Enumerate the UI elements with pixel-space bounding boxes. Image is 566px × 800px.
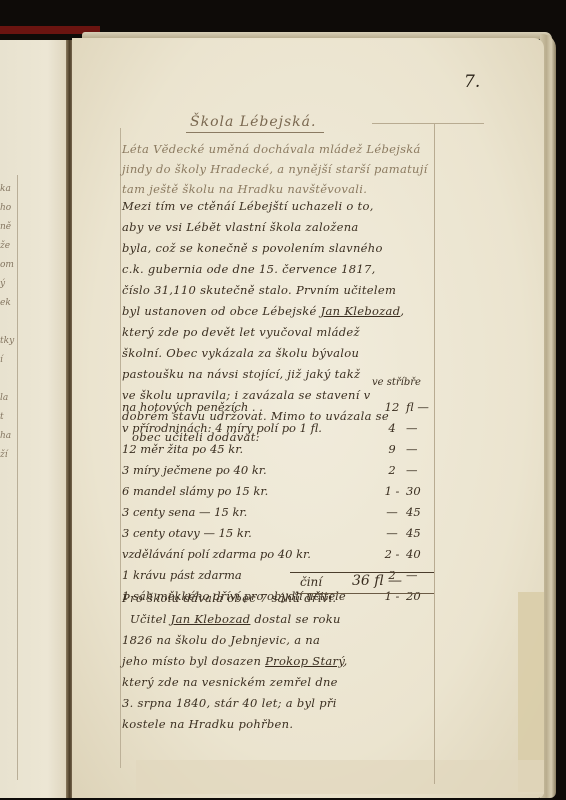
text-line: kostele na Hradku pohřben. bbox=[122, 714, 434, 735]
paper-repair-patch-bottom bbox=[136, 760, 544, 794]
row-item: 3 centy otavy — 15 kr. bbox=[122, 523, 252, 544]
text-line: byla, což se konečně s povolením slavnéh… bbox=[122, 238, 434, 259]
text-line: jeho místo byl dosazen Prokop Starý, bbox=[122, 651, 434, 672]
row-florins: 4 bbox=[380, 418, 404, 439]
text-line: 1826 na školu do Jebnjevic, a na bbox=[122, 630, 434, 651]
row-florins: — bbox=[380, 523, 404, 544]
ruled-margin-right bbox=[434, 124, 435, 784]
text-line: Pro školu dávala obec 7 sáhů dříví. bbox=[122, 588, 434, 609]
row-item: 12 měr žita po 45 kr. bbox=[122, 439, 243, 460]
underlined-name: Jan Klebozad bbox=[321, 304, 401, 318]
underlined-name: Prokop Starý bbox=[265, 654, 344, 668]
text-line: Léta Vĕdecké uměná dochávala mládež Lébe… bbox=[122, 139, 434, 159]
row-kreuzers: 40 bbox=[406, 544, 434, 565]
text-line: Učitel Jan Klebozad dostal se roku bbox=[122, 609, 434, 630]
text-line: školní. Obec vykázala za školu bývalou bbox=[122, 343, 434, 364]
text-line: jindy do školy Hradecké, a nynější starš… bbox=[122, 159, 434, 179]
row-florins: 2 bbox=[380, 460, 404, 481]
text-line: Mezi tím ve ctěnáí Lébejští uchazeli o t… bbox=[122, 196, 434, 217]
row-kreuzers: 45 bbox=[406, 502, 434, 523]
text-line: 3. srpna 1840, stár 40 let; a byl při bbox=[122, 693, 434, 714]
row-item: 6 mandel slámy po 15 kr. bbox=[122, 481, 268, 502]
total-value: 36 fl — bbox=[352, 573, 402, 589]
table-row: v přírodninách: 4 míry polí po 1 fl.4— bbox=[122, 418, 434, 439]
row-kreuzers: — bbox=[406, 460, 434, 481]
text-line: který zde po devět let vyučoval mládež bbox=[122, 322, 434, 343]
table-row: 3 centy otavy — 15 kr.—45 bbox=[122, 523, 434, 544]
row-florins: 9 bbox=[380, 439, 404, 460]
left-page-margin-line bbox=[17, 175, 18, 780]
table-row: 6 mandel slámy po 15 kr.1 -30 bbox=[122, 481, 434, 502]
faded-intro-paragraph: Léta Vĕdecké uměná dochávala mládež Lébe… bbox=[122, 139, 434, 199]
row-item: vzdělávání polí zdarma po 40 kr. bbox=[122, 544, 311, 565]
table-row: 12 měr žita po 45 kr.9— bbox=[122, 439, 434, 460]
left-page: ka ho ně že om ý ek tky — í la t ha ží bbox=[0, 40, 68, 798]
row-kreuzers: 30 bbox=[406, 481, 434, 502]
text-line: číslo 31,110 skutečně stalo. Prvním učit… bbox=[122, 280, 434, 301]
row-item: 3 centy sena — 15 kr. bbox=[122, 502, 247, 523]
title-underline bbox=[186, 132, 324, 133]
row-item: 1 krávu pást zdarma bbox=[122, 565, 242, 586]
text-line: aby ve vsi Lébĕt vlastní škola založena bbox=[122, 217, 434, 238]
table-row: na hotových penězích . .12fl — bbox=[122, 397, 434, 418]
row-florins: 1 - bbox=[380, 481, 404, 502]
ruled-margin-top bbox=[372, 123, 484, 124]
row-kreuzers: 45 bbox=[406, 523, 434, 544]
ruled-margin-left bbox=[120, 128, 121, 768]
left-page-text-fragments: ka ho ně že om ý ek tky — í la t ha ží bbox=[0, 180, 16, 465]
row-florins: 12 bbox=[380, 397, 404, 418]
table-row: 3 centy sena — 15 kr.—45 bbox=[122, 502, 434, 523]
text-line: který zde na vesnickém zemřel dne bbox=[122, 672, 434, 693]
underlined-name: Jan Klebozad bbox=[171, 612, 251, 626]
row-kreuzers: fl — bbox=[406, 397, 434, 418]
page-title: Škola Lébejská. bbox=[190, 114, 316, 130]
row-item: 3 míry ječmene po 40 kr. bbox=[122, 460, 267, 481]
row-florins: 2 - bbox=[380, 544, 404, 565]
text-line: byl ustanoven od obce Lébejské Jan Klebo… bbox=[122, 301, 434, 322]
row-florins: — bbox=[380, 502, 404, 523]
paragraph-teachers: Pro školu dávala obec 7 sáhů dříví. Učit… bbox=[122, 588, 434, 735]
table-row: 3 míry ječmene po 40 kr.2— bbox=[122, 460, 434, 481]
text-line: c.k. gubernia ode dne 15. července 1817, bbox=[122, 259, 434, 280]
total-label: činí bbox=[300, 575, 322, 589]
page-number: 7. bbox=[464, 72, 480, 92]
row-kreuzers: — bbox=[406, 439, 434, 460]
table-column-header: ve stříbře bbox=[372, 377, 421, 388]
row-item: na hotových penězích . . bbox=[122, 397, 263, 418]
row-item: v přírodninách: 4 míry polí po 1 fl. bbox=[122, 418, 322, 439]
table-row: vzdělávání polí zdarma po 40 kr.2 -40 bbox=[122, 544, 434, 565]
row-kreuzers: — bbox=[406, 418, 434, 439]
